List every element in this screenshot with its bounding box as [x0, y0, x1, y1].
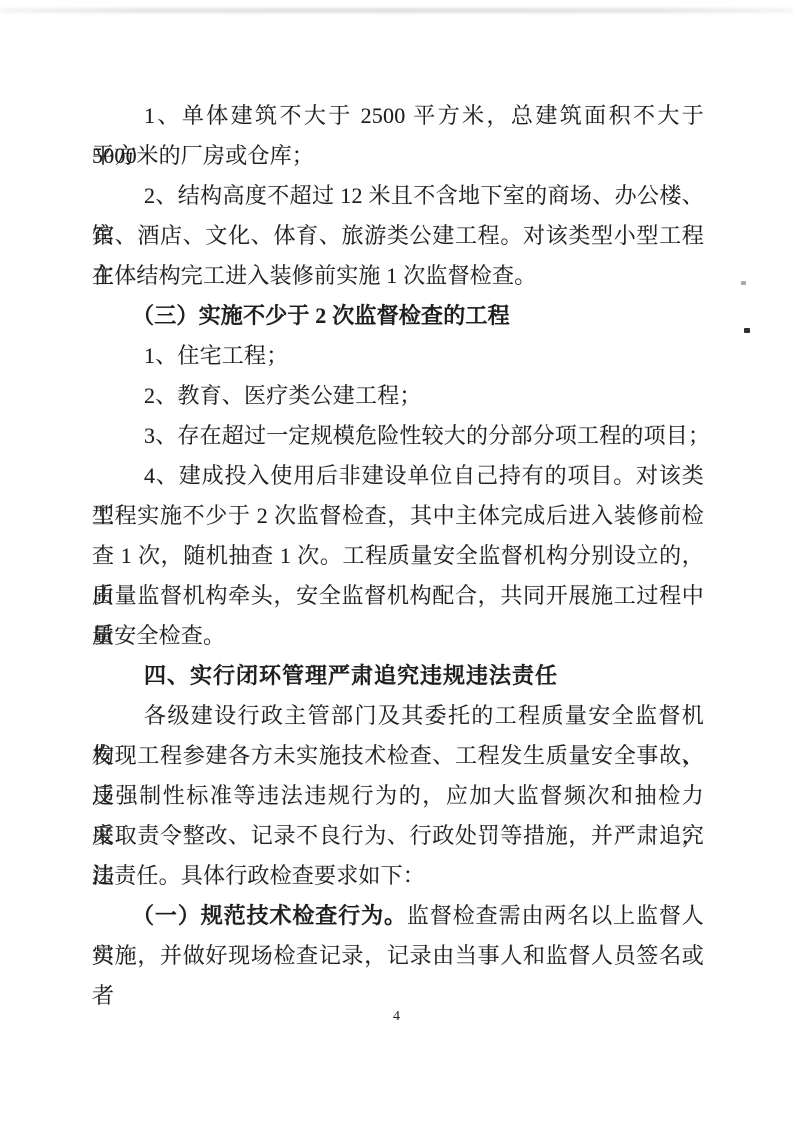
paragraph-line: 采取责令整改、记录不良行为、行政处罚等措施，并严肃追究违 [92, 816, 704, 856]
paragraph-line: 法责任。具体行政检查要求如下： [92, 856, 704, 896]
paragraph-line: 反强制性标准等违法违规行为的，应加大监督频次和抽检力度， [92, 776, 704, 816]
paragraph-line: 主体结构完工进入装修前实施 1 次监督检查。 [92, 256, 704, 296]
paragraph-line: 工程实施不少于 2 次监督检查，其中主体完成后进入装修前检 [92, 496, 704, 536]
scanned-document-page: 1、单体建筑不大于 2500 平方米，总建筑面积不大于 5000 平方米的厂房或… [0, 0, 793, 1122]
paragraph-line: （一）规范技术检查行为。监督检查需由两名以上监督人员 [92, 896, 704, 936]
scan-speck-dark [744, 328, 750, 333]
paragraph-line: 1、单体建筑不大于 2500 平方米，总建筑面积不大于 5000 [92, 96, 704, 136]
paragraph-line: 各级建设行政主管部门及其委托的工程质量安全监督机构， [92, 696, 704, 736]
heading-section-four: 四、实行闭环管理严肃追究违规违法责任 [92, 656, 704, 696]
paragraph-line: 量安全检查。 [92, 616, 704, 656]
paragraph-line: 馆、酒店、文化、体育、旅游类公建工程。对该类型小型工程在 [92, 216, 704, 256]
paragraph-line: 发现工程参建各方未实施技术检查、工程发生质量安全事故、违 [92, 736, 704, 776]
paragraph-line: 2、结构高度不超过 12 米且不含地下室的商场、办公楼、宾 [92, 176, 704, 216]
paragraph-line: 4、建成投入使用后非建设单位自己持有的项目。对该类型 [92, 456, 704, 496]
scan-speck-light [741, 281, 746, 285]
heading-section-three: （三）实施不少于 2 次监督检查的工程 [92, 296, 704, 336]
list-item-line: 3、存在超过一定规模危险性较大的分部分项工程的项目； [92, 416, 704, 456]
scan-artifact-top-band [0, 8, 793, 13]
paragraph-line: 平方米的厂房或仓库； [92, 136, 704, 176]
paragraph-line: 质量监督机构牵头，安全监督机构配合，共同开展施工过程中质 [92, 576, 704, 616]
list-item-line: 1、住宅工程； [92, 336, 704, 376]
run-in-heading-one: （一）规范技术检查行为。 [132, 903, 407, 928]
list-item-line: 2、教育、医疗类公建工程； [92, 376, 704, 416]
paragraph-line: 实施，并做好现场检查记录，记录由当事人和监督人员签名或者 [92, 936, 704, 976]
page-number: 4 [0, 1008, 793, 1026]
document-body: 1、单体建筑不大于 2500 平方米，总建筑面积不大于 5000 平方米的厂房或… [92, 96, 704, 976]
paragraph-line: 查 1 次，随机抽查 1 次。工程质量安全监督机构分别设立的，由 [92, 536, 704, 576]
